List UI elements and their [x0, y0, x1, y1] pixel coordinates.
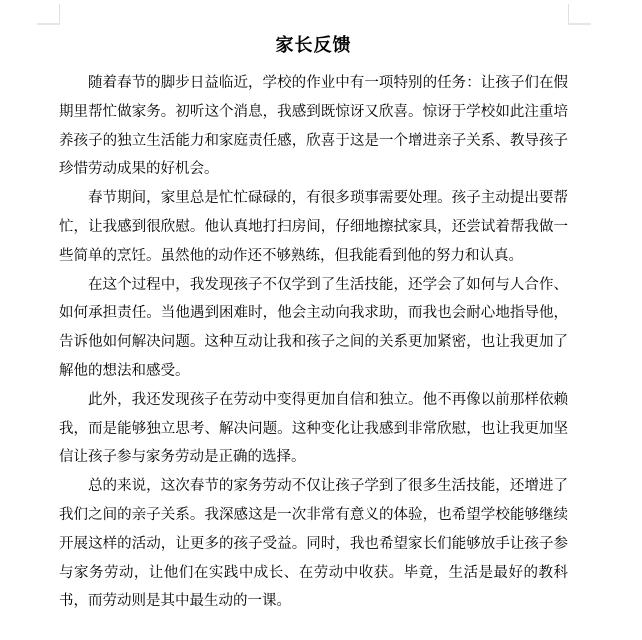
document-text-area[interactable]: 家长反馈 随着春节的脚步日益临近，学校的作业中有一项特别的任务：让孩子们在假期里…: [59, 25, 568, 616]
paragraph: 在这个过程中，我发现孩子不仅学到了生活技能，还学会了如何与人合作、如何承担责任。…: [59, 271, 568, 386]
paragraph: 此外，我还发现孩子在劳动中变得更加自信和独立。他不再像以前那样依赖我，而是能够独…: [59, 386, 568, 472]
margin-crop-mark-top-left: [37, 4, 60, 25]
document-title: 家长反馈: [59, 33, 568, 57]
margin-crop-mark-top-right: [568, 4, 591, 25]
document-body: 随着春节的脚步日益临近，学校的作业中有一项特别的任务：让孩子们在假期里帮忙做家务…: [59, 69, 568, 616]
paragraph: 随着春节的脚步日益临近，学校的作业中有一项特别的任务：让孩子们在假期里帮忙做家务…: [59, 69, 568, 184]
paragraph: 春节期间，家里总是忙忙碌碌的，有很多琐事需要处理。孩子主动提出要帮忙，让我感到很…: [59, 184, 568, 270]
paragraph: 总的来说，这次春节的家务劳动不仅让孩子学到了很多生活技能，还增进了我们之间的亲子…: [59, 472, 568, 616]
document-page: 家长反馈 随着春节的脚步日益临近，学校的作业中有一项特别的任务：让孩子们在假期里…: [0, 0, 642, 640]
